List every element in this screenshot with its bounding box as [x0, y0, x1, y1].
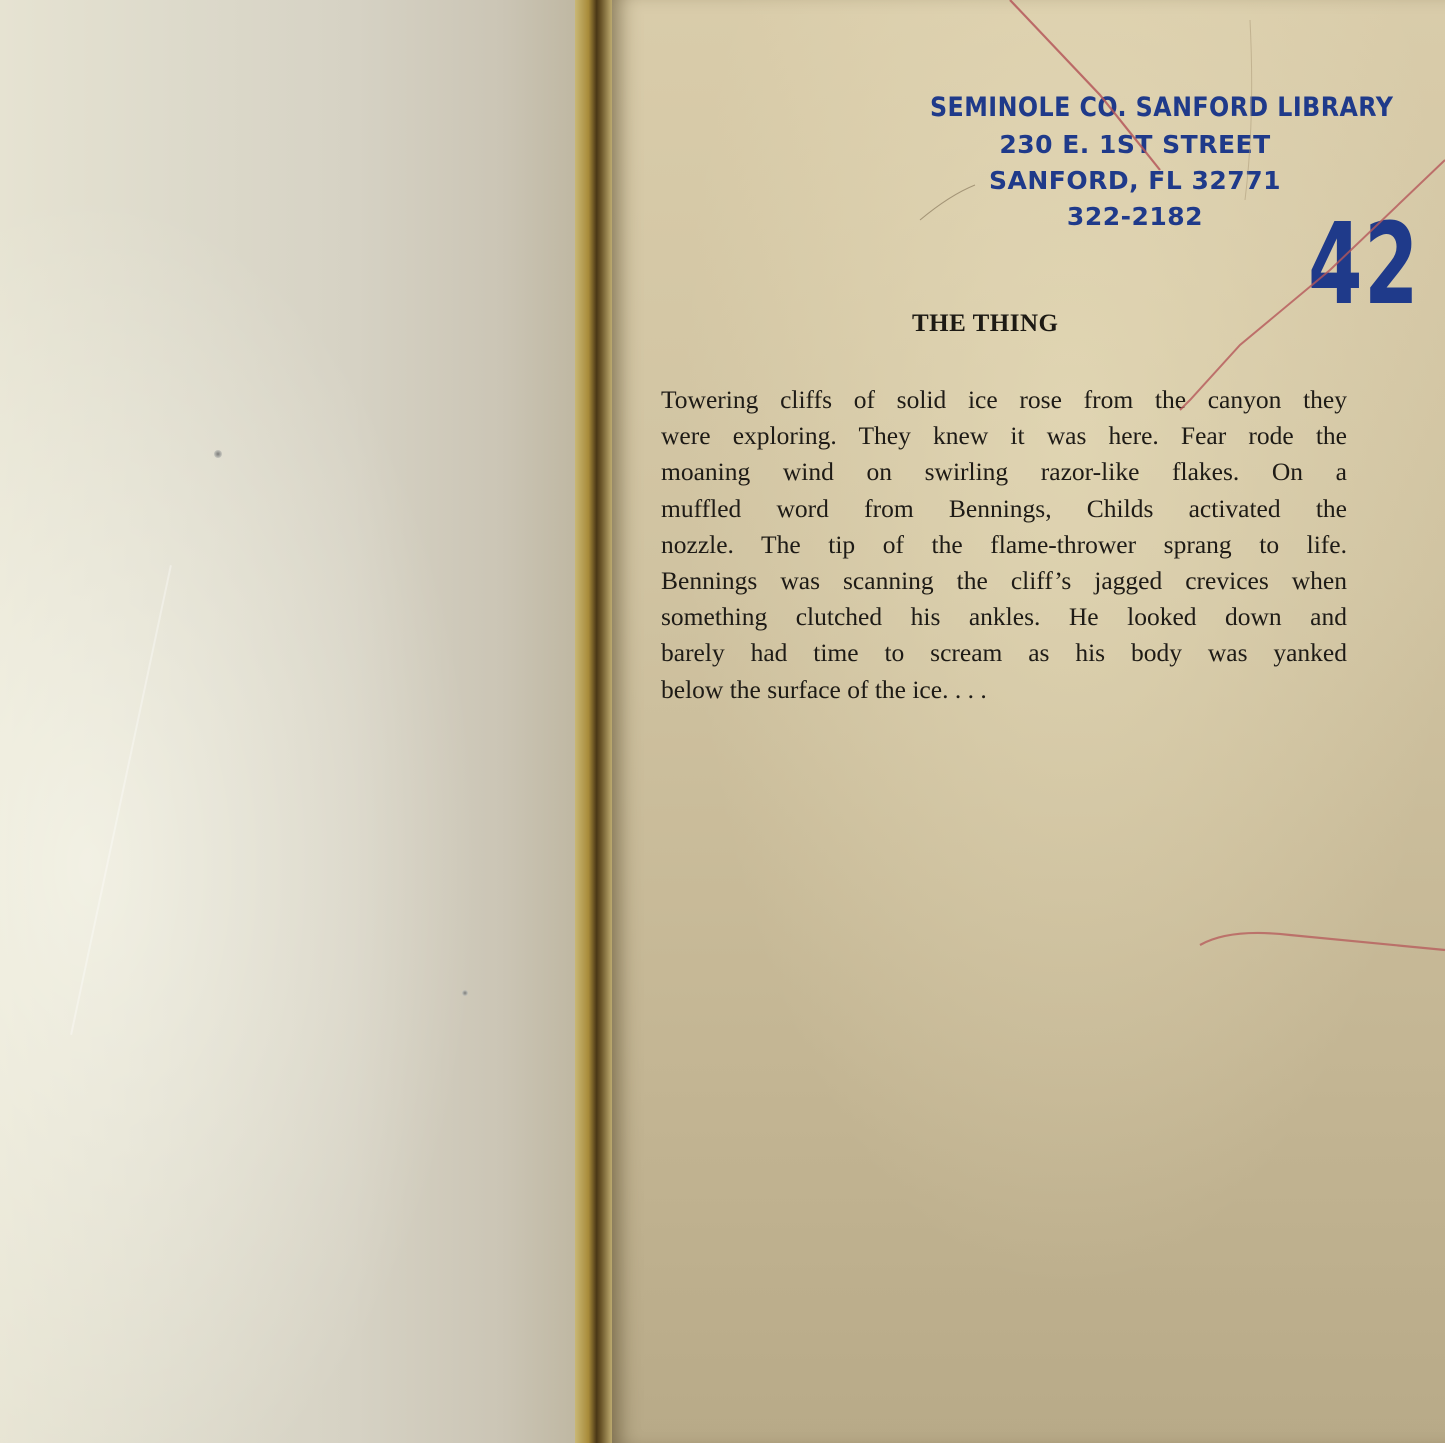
text-line: barely had time to scream as his body wa…	[661, 635, 1347, 671]
text-line: muffled word from Bennings, Childs activ…	[661, 491, 1347, 527]
body-paragraph: Towering cliffs of solid ice rose from t…	[661, 382, 1347, 708]
open-book-photo: SEMINOLE CO. SANFORD LIBRARY 230 E. 1ST …	[0, 0, 1445, 1443]
blank-left-page	[0, 0, 590, 1443]
chapter-title: THE THING	[912, 310, 1058, 338]
paper-speck	[462, 990, 468, 996]
text-line: were exploring. They knew it was here. F…	[661, 418, 1347, 454]
text-line: nozzle. The tip of the flame-thrower spr…	[661, 527, 1347, 563]
library-street: 230 E. 1ST STREET	[890, 127, 1380, 163]
library-phone: 322-2182	[890, 199, 1380, 235]
page-crease	[70, 565, 172, 1035]
text-line: moaning wind on swirling razor-like flak…	[661, 454, 1347, 490]
paper-speck	[214, 450, 222, 458]
text-line: Bennings was scanning the cliff’s jagged…	[661, 563, 1347, 599]
text-line: Towering cliffs of solid ice rose from t…	[661, 382, 1347, 418]
stamped-number: 42	[1308, 200, 1420, 330]
library-name: SEMINOLE CO. SANFORD LIBRARY	[930, 92, 1326, 123]
text-line: below the surface of the ice. . . .	[661, 672, 1347, 708]
library-city: SANFORD, FL 32771	[890, 163, 1380, 199]
text-line: something clutched his ankles. He looked…	[661, 599, 1347, 635]
